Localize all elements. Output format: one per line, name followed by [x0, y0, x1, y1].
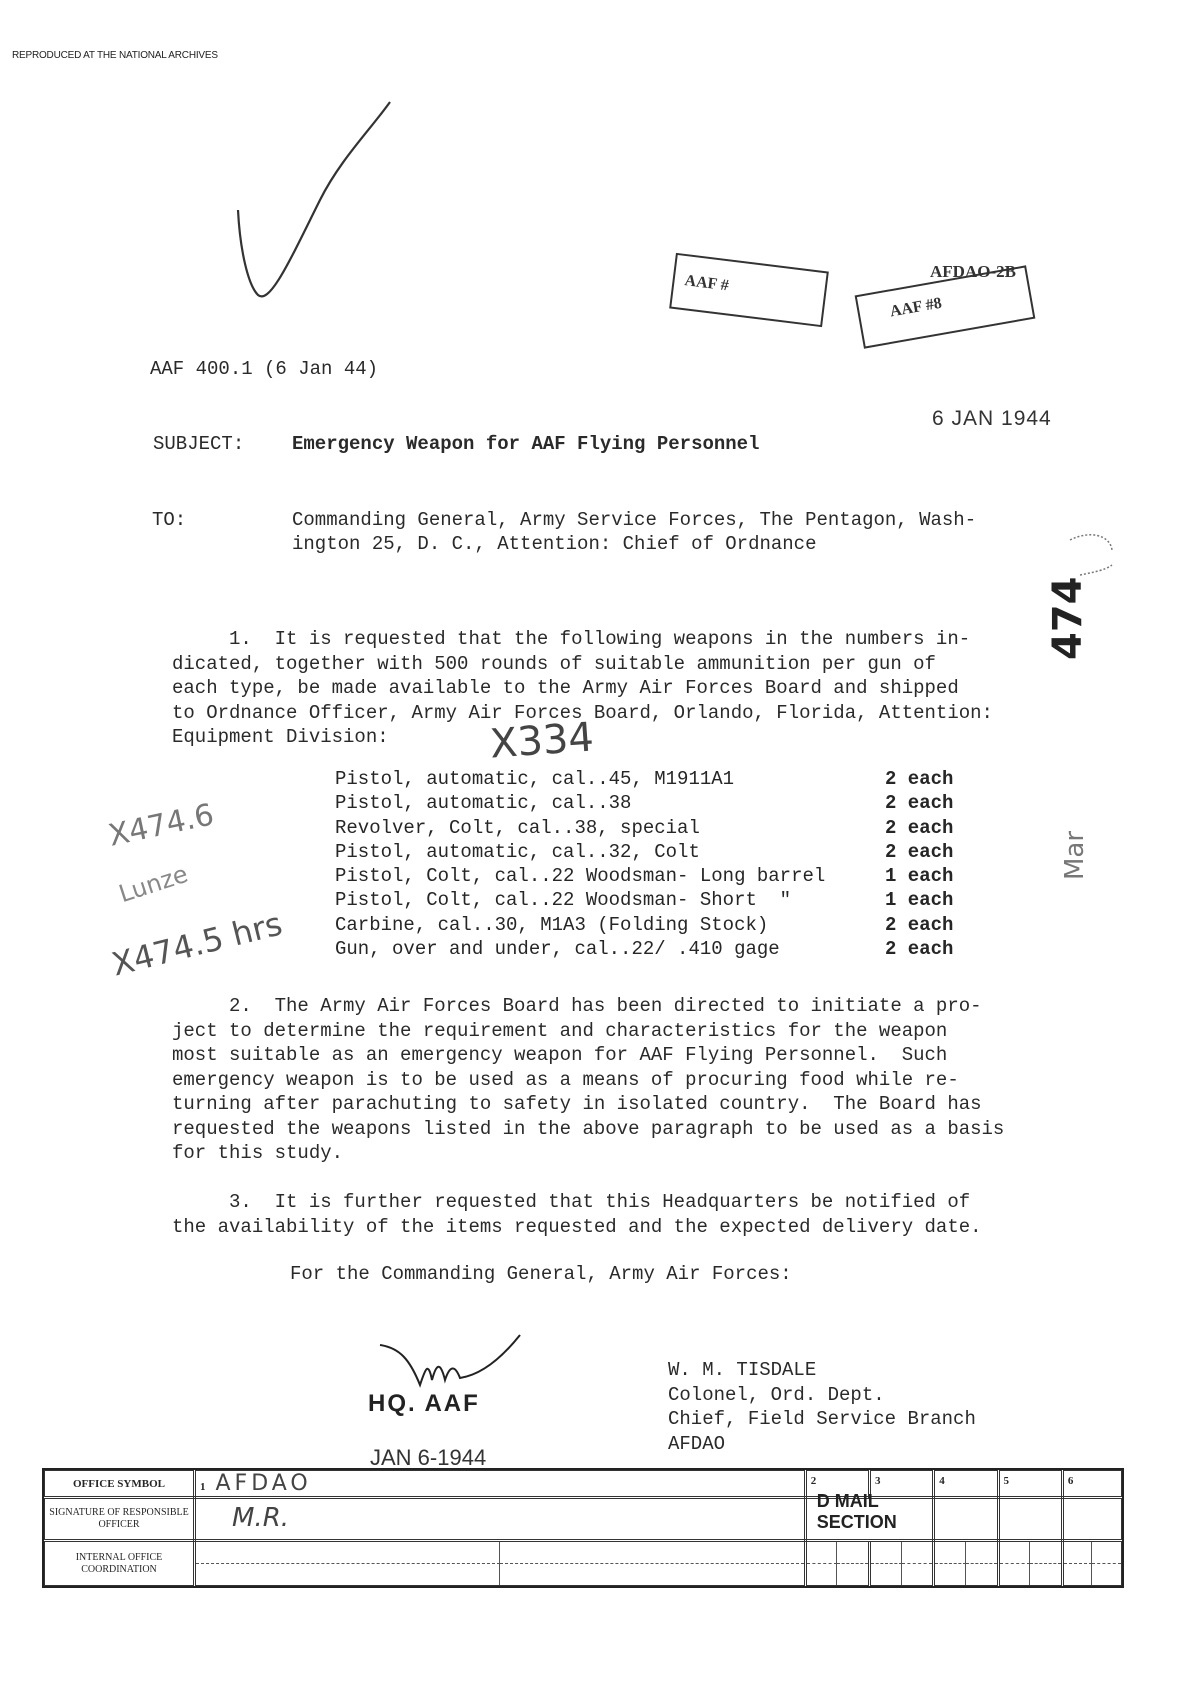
office-symbol-label: OFFICE SYMBOL: [45, 1471, 195, 1498]
signature-cell-1[interactable]: M.R.: [195, 1498, 806, 1541]
weapon-qty: 2 each: [885, 817, 953, 841]
weapon-name: Pistol, automatic, cal..38: [335, 792, 885, 816]
weapon-name: Pistol, Colt, cal..22 Woodsman- Short ": [335, 889, 885, 913]
aaf-stamp-1-text: AAF #: [684, 272, 730, 294]
margin-note-1: X474.6: [106, 797, 217, 853]
paragraph-2-line: most suitable as an emergency weapon for…: [172, 1043, 1004, 1068]
right-margin-note: Mar: [1060, 831, 1090, 880]
file-reference: AAF 400.1 (6 Jan 44): [150, 357, 378, 382]
weapon-qty: 2 each: [885, 768, 953, 792]
weapon-row: Pistol, automatic, cal..38 2 each: [335, 792, 953, 816]
weapon-qty: 2 each: [885, 841, 953, 865]
paragraph-3: 3. It is further requested that this Hea…: [172, 1190, 982, 1239]
signer-title: Chief, Field Service Branch: [668, 1407, 976, 1432]
margin-note-2: Lunze: [115, 860, 191, 908]
weapons-list: Pistol, automatic, cal..45, M1911A1 2 ea…: [335, 768, 953, 962]
column-number: 2: [807, 1475, 817, 1487]
signature-cell-6[interactable]: [1062, 1498, 1121, 1541]
received-date-stamp: 6 JAN 1944: [932, 407, 1052, 431]
routing-form: OFFICE SYMBOL 1 AFDAO 2 3 4 5 6 SIGNATUR…: [42, 1468, 1124, 1588]
signer-name: W. M. TISDALE: [668, 1358, 976, 1383]
office-symbol-cell-6[interactable]: 6: [1062, 1471, 1121, 1498]
handwritten-file-number: X334: [489, 714, 596, 767]
weapon-name: Pistol, automatic, cal..32, Colt: [335, 841, 885, 865]
column-number: 6: [1064, 1475, 1074, 1487]
office-symbol-cell-5[interactable]: 5: [998, 1471, 1062, 1498]
weapon-name: Pistol, automatic, cal..45, M1911A1: [335, 768, 885, 792]
coordination-cell-1[interactable]: [195, 1541, 806, 1586]
paragraph-3-line: 3. It is further requested that this Hea…: [172, 1190, 982, 1215]
weapon-row: Pistol, automatic, cal..45, M1911A1 2 ea…: [335, 768, 953, 792]
weapon-row: Carbine, cal..30, M1A3 (Folding Stock) 2…: [335, 914, 953, 938]
signature-label: SIGNATURE OF RESPONSIBLE OFFICER: [45, 1498, 195, 1541]
signer-rank: Colonel, Ord. Dept.: [668, 1383, 976, 1408]
signer-office: AFDAO: [668, 1432, 976, 1457]
paragraph-2-line: for this study.: [172, 1141, 1004, 1166]
archive-banner: REPRODUCED AT THE NATIONAL ARCHIVES: [12, 50, 218, 61]
weapon-row: Revolver, Colt, cal..38, special 2 each: [335, 817, 953, 841]
weapon-name: Pistol, Colt, cal..22 Woodsman- Long bar…: [335, 865, 885, 889]
initials: M.R.: [232, 1503, 289, 1533]
closing-line: For the Commanding General, Army Air For…: [290, 1262, 792, 1287]
column-number: 3: [871, 1475, 881, 1487]
paragraph-1-line: dicated, together with 500 rounds of sui…: [172, 652, 993, 677]
signature-block: W. M. TISDALE Colonel, Ord. Dept. Chief,…: [668, 1358, 976, 1456]
paragraph-2-line: turning after parachuting to safety in i…: [172, 1092, 1004, 1117]
to-line-2: ington 25, D. C., Attention: Chief of Or…: [292, 532, 817, 557]
weapon-name: Revolver, Colt, cal..38, special: [335, 817, 885, 841]
weapon-qty: 2 each: [885, 914, 953, 938]
to-line-1: Commanding General, Army Service Forces,…: [292, 508, 976, 533]
signature-cell-4[interactable]: [934, 1498, 998, 1541]
coordination-label: INTERNAL OFFICE COORDINATION: [45, 1541, 195, 1586]
weapon-row: Gun, over and under, cal..22/ .410 gage …: [335, 938, 953, 962]
column-number: 4: [935, 1475, 945, 1487]
paragraph-1-line: each type, be made available to the Army…: [172, 676, 993, 701]
weapon-row: Pistol, automatic, cal..32, Colt 2 each: [335, 841, 953, 865]
weapon-row: Pistol, Colt, cal..22 Woodsman- Short " …: [335, 889, 953, 913]
check-mark-icon: [210, 90, 410, 330]
paragraph-3-line: the availability of the items requested …: [172, 1215, 982, 1240]
weapon-name: Carbine, cal..30, M1A3 (Folding Stock): [335, 914, 885, 938]
subject-text: Emergency Weapon for AAF Flying Personne…: [292, 432, 759, 457]
weapon-qty: 2 each: [885, 792, 953, 816]
aaf-stamp-2-text: AAF #8: [889, 295, 943, 321]
aaf-stamp-1: AAF #: [669, 253, 829, 327]
subject-label: SUBJECT:: [153, 432, 244, 457]
column-number: 1: [196, 1481, 206, 1493]
margin-note-3: X474.5 hrs: [108, 905, 286, 984]
signature-cell-5[interactable]: [998, 1498, 1062, 1541]
office-symbol-cell-4[interactable]: 4: [934, 1471, 998, 1498]
coordination-cell-3[interactable]: [869, 1541, 933, 1586]
weapon-name: Gun, over and under, cal..22/ .410 gage: [335, 938, 885, 962]
paragraph-1-line: 1. It is requested that the following we…: [172, 627, 993, 652]
coordination-cell-5[interactable]: [998, 1541, 1062, 1586]
weapon-qty: 1 each: [885, 889, 953, 913]
paragraph-2-line: requested the weapons listed in the abov…: [172, 1117, 1004, 1142]
weapon-qty: 1 each: [885, 865, 953, 889]
hq-aaf-stamp: HQ. AAF: [368, 1390, 480, 1418]
weapon-row: Pistol, Colt, cal..22 Woodsman- Long bar…: [335, 865, 953, 889]
weapon-qty: 2 each: [885, 938, 953, 962]
mail-section-stamp: D MAIL SECTION: [817, 1491, 933, 1533]
office-symbol-entry: AFDAO: [216, 1471, 312, 1496]
coordination-cell-2[interactable]: [805, 1541, 869, 1586]
coordination-cell-4[interactable]: [934, 1541, 998, 1586]
to-label: TO:: [152, 508, 186, 533]
paragraph-2-line: 2. The Army Air Forces Board has been di…: [172, 994, 1004, 1019]
column-number: 5: [1000, 1475, 1010, 1487]
office-symbol-cell-1[interactable]: 1 AFDAO: [195, 1471, 806, 1498]
paragraph-2-line: emergency weapon is to be used as a mean…: [172, 1068, 1004, 1093]
signature-cell-2-3[interactable]: D MAIL SECTION: [805, 1498, 934, 1541]
margin-parenthesis-icon: [1050, 510, 1130, 610]
paragraph-2: 2. The Army Air Forces Board has been di…: [172, 994, 1004, 1166]
coordination-cell-6[interactable]: [1062, 1541, 1121, 1586]
paragraph-2-line: ject to determine the requirement and ch…: [172, 1019, 1004, 1044]
